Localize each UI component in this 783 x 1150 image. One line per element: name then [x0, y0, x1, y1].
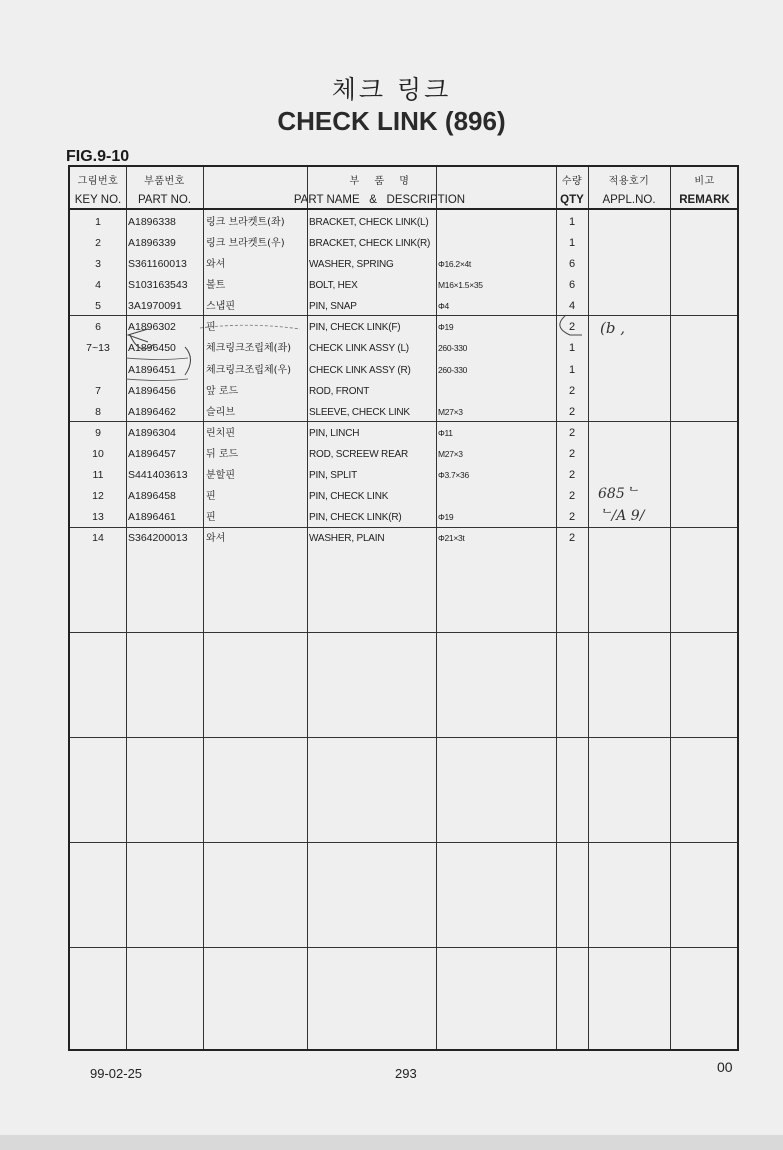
document-page: 체크 링크 CHECK LINK (896) FIG.9-10 그림번호 KEY…: [0, 0, 783, 1150]
title-korean: 체크 링크: [0, 70, 783, 106]
title-english: CHECK LINK (896): [0, 106, 783, 137]
footer-date: 99-02-25: [90, 1066, 142, 1081]
parts-table: 그림번호 KEY NO. 부품번호 PART NO. 부 품 명 PART NA…: [68, 165, 739, 1051]
figure-label: FIG.9-10: [66, 148, 129, 166]
footer-revision: 00: [717, 1059, 733, 1075]
footer-page-number: 293: [395, 1066, 417, 1081]
handwritten-marks: [70, 167, 741, 1053]
scan-edge: [0, 1135, 783, 1150]
